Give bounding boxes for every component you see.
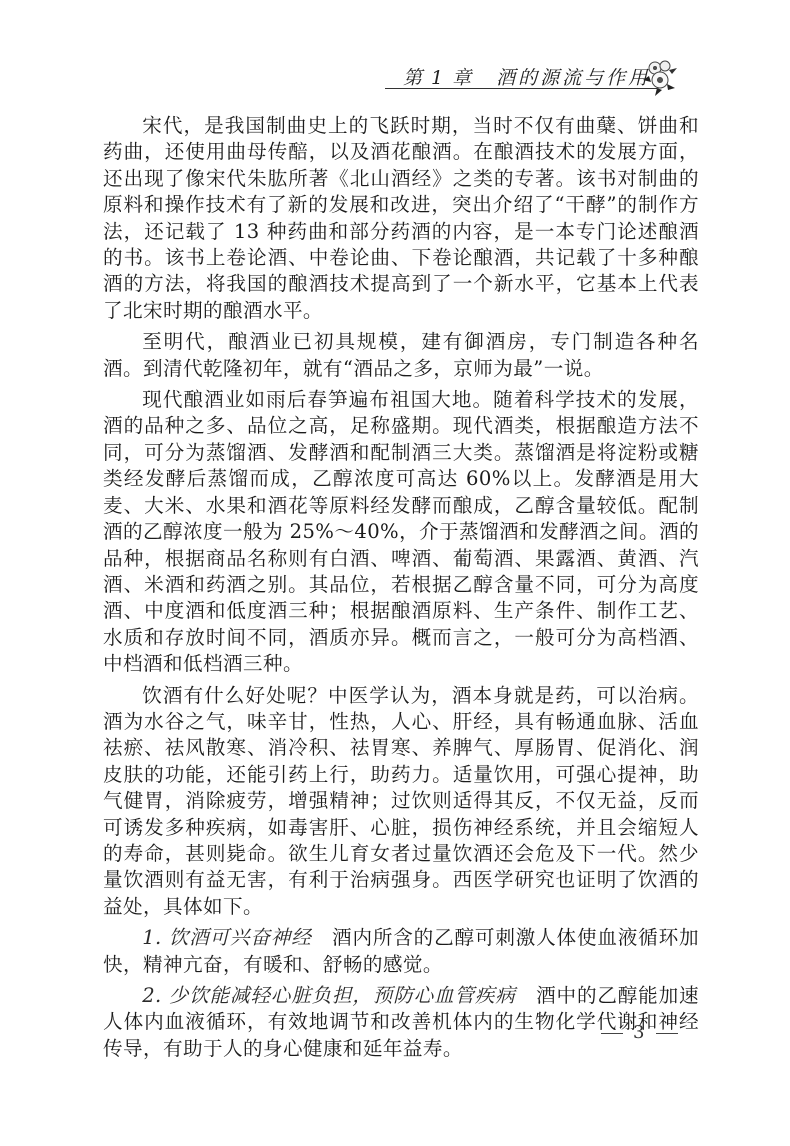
paragraph: 饮酒有什么好处呢？中医学认为，酒本身就是药，可以治病。酒为水谷之气，味辛甘，性热… — [103, 683, 699, 921]
running-header: 第1章酒的源流与作用 — [385, 60, 685, 90]
item-title: 2. 少饮能减轻心脏负担，预防心血管疾病 — [142, 984, 516, 1007]
paragraph: 至明代，酿酒业已初具规模，建有御酒房，专门制造各种名酒。到清代乾隆初年，就有“酒… — [103, 329, 699, 382]
chapter-suffix: 章 — [452, 67, 474, 89]
chapter-number: 1 — [431, 67, 446, 89]
paragraph: 宋代，是我国制曲史上的飞跃时期，当时不仅有曲蘖、饼曲和药曲，还使用曲母传醅，以及… — [103, 113, 699, 324]
list-item: 1. 饮酒可兴奋神经 酒内所含的乙醇可刺激人体使血液循环加快，精神亢奋，有暖和、… — [103, 925, 699, 978]
chapter-label: 第 — [403, 67, 425, 89]
flower-ornament-icon — [635, 54, 683, 102]
page-number-value: 3 — [633, 1022, 646, 1043]
item-title: 1. 饮酒可兴奋神经 — [142, 926, 311, 949]
body-text: 宋代，是我国制曲史上的飞跃时期，当时不仅有曲蘖、饼曲和药曲，还使用曲母传醅，以及… — [103, 113, 699, 1067]
header-rule — [385, 88, 657, 89]
chapter-heading: 第1章酒的源流与作用 — [403, 63, 650, 90]
dash-left — [601, 1033, 623, 1034]
paragraph: 现代酿酒业如雨后春笋遍布祖国大地。随着科学技术的发展，酒的品种之多、品位之高，足… — [103, 387, 699, 677]
page-number: 3 — [591, 1022, 688, 1043]
dash-right — [656, 1033, 678, 1034]
chapter-title: 酒的源流与作用 — [496, 67, 650, 89]
